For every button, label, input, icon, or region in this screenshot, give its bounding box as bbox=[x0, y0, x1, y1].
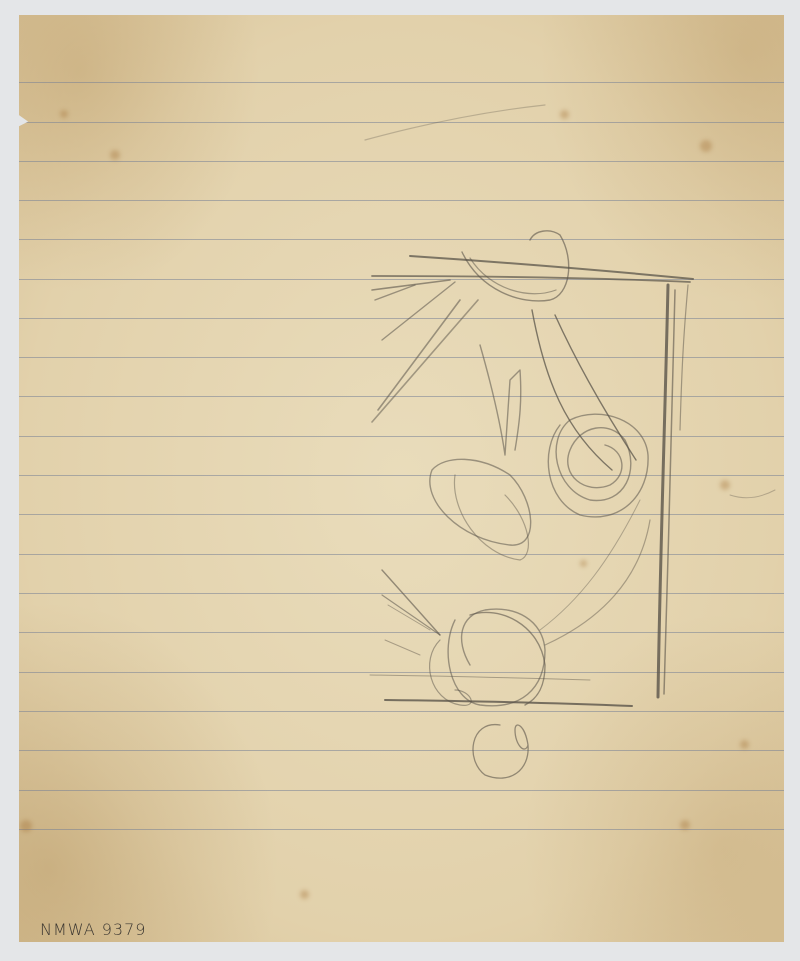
inventory-label: NMWA 9379 bbox=[40, 920, 146, 939]
pencil-sketch bbox=[0, 0, 800, 961]
